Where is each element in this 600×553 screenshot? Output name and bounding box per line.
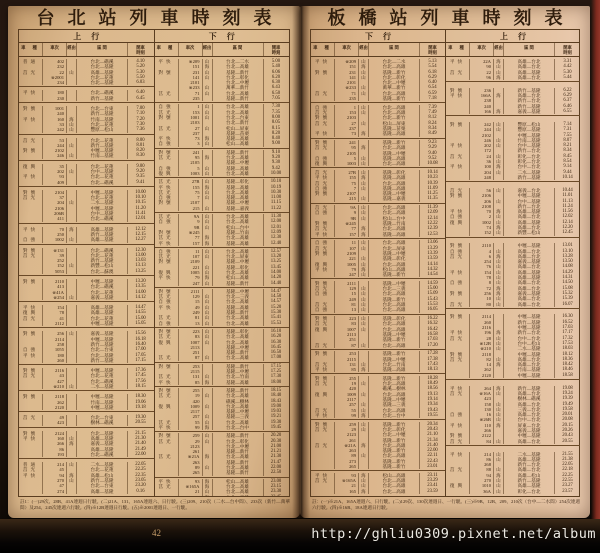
col-header-train-number: 車次 <box>43 43 67 56</box>
train-group: 莒光56山嘉義—台北10.44對號2106中壢—基隆11.01206山台中—基隆… <box>446 187 580 238</box>
cell-via: 山 <box>67 153 77 158</box>
timetable-row: 自強3山松山—高雄9.00 <box>155 141 290 146</box>
timetable-row: 平快99海台北—台中19.45 <box>155 425 290 430</box>
train-group: 平快264海新竹—基隆19.08莒光※16A山高雄—台北19.24423樹林—礁… <box>446 385 580 446</box>
cell-section: 台北—台中 <box>213 425 264 430</box>
cell-departure-time: 9.41 <box>128 180 153 185</box>
direction-heading: 上行 <box>19 30 154 43</box>
cell-via: 山 <box>494 230 504 235</box>
cell-departure-time: 14.54 <box>420 272 445 277</box>
cell-train-number: 235 <box>179 96 203 101</box>
timetable-row: 230新竹—基隆6.45 <box>19 96 154 101</box>
timetable-row: 260新竹—基隆17.15 <box>19 358 154 363</box>
timetable-row: 自強13山台北—高雄16.05 <box>311 307 445 312</box>
col-header-section: 區 間 <box>369 43 420 56</box>
timetable-row: 自強1002山高雄—基隆12.27 <box>19 237 154 242</box>
cell-via <box>67 405 77 410</box>
cell-departure-time: 18.58 <box>555 373 580 378</box>
train-group: 平快180台北—礁溪6.40230新竹—基隆6.45 <box>19 89 154 103</box>
cell-departure-time: 19.18 <box>128 405 153 410</box>
cell-train-number: 260 <box>43 358 67 363</box>
cell-train-type <box>311 196 335 201</box>
cell-train-type <box>19 153 43 158</box>
timetable-body: 平快22A海高雄—台北3.3190山高雄—台北4.42莒光22山高雄—基隆5.3… <box>446 57 580 496</box>
cell-train-number: 235 <box>335 96 359 101</box>
cell-train-type: 自強 <box>155 141 179 146</box>
cell-departure-time: 18.15 <box>128 384 153 389</box>
direction-heading: 下行 <box>155 30 290 43</box>
train-group: 普通402台北—礁溪4.10232台北—基隆5.20莒光22山高雄—基隆5.30… <box>19 58 154 87</box>
train-group: 對號2111基隆—中壢14.47莒光129山台北—三義14.50自強15山台北—… <box>155 288 290 328</box>
cell-train-type <box>155 206 179 211</box>
cell-section: 基隆—嘉義 <box>213 206 264 211</box>
train-group: 自強1山台北—高雄7.39莒光153山台北—高雄7.49對號2103台北—新竹8… <box>311 104 445 139</box>
cell-departure-time: 14.12 <box>128 295 153 300</box>
cell-section: 基隆—嘉義 <box>369 196 420 201</box>
page-title-taipei: 台北站列車時刻表 <box>8 6 300 28</box>
cell-train-type: 平快 <box>311 131 335 136</box>
timetable-row: 166海嘉義—基隆6.55 <box>446 109 580 114</box>
col-header-section: 區 間 <box>77 43 128 56</box>
timetable-row: 215山基隆—嘉義11.22 <box>155 206 290 211</box>
cell-via: 山 <box>494 439 504 444</box>
cell-train-number: 152 <box>470 230 494 235</box>
cell-section: 基隆—新竹 <box>213 281 264 286</box>
cell-train-number: 96 <box>470 75 494 80</box>
train-group: 對號236新竹—基隆6.22平快166A海高雄—台北6.29238新竹—台北6.… <box>446 87 580 116</box>
cell-train-type <box>155 281 179 286</box>
cell-train-type <box>19 452 43 457</box>
cell-train-number: 13 <box>179 321 203 326</box>
cell-departure-time: 7.05 <box>264 96 289 101</box>
cell-departure-time: 14.40 <box>264 281 289 286</box>
cell-section: 台北—礁溪 <box>77 180 128 185</box>
cell-via <box>67 420 77 425</box>
cell-departure-time: 12.01 <box>128 216 153 221</box>
train-group: 對號253基隆—新竹17.282115基隆—中壢17.38莒光131山台北—竹南… <box>311 350 445 374</box>
col-header-section: 區 間 <box>213 43 264 56</box>
cell-via <box>359 464 369 469</box>
train-group: 對號2124台北—基隆21.15平快160山高雄—基隆21.30266海嘉義—基… <box>19 430 154 459</box>
cell-train-type <box>19 405 43 410</box>
timetable-row: 152山新豐—松山12.45 <box>446 230 580 235</box>
train-group: 對號※131台北—礁溪12.30莒光39台北—花蓮13.00252新竹—基隆13… <box>19 247 154 276</box>
cell-train-type: 莒光 <box>446 302 470 307</box>
cell-train-number: ※210 <box>43 384 67 389</box>
cell-section: 台北—台中 <box>369 413 420 418</box>
cell-train-number: 215 <box>335 196 359 201</box>
cell-train-number: 247 <box>179 281 203 286</box>
timetable-row: 96海高雄—台北5.44 <box>446 75 580 80</box>
cell-departure-time: 7.36 <box>128 127 153 132</box>
cell-train-type <box>19 420 43 425</box>
cell-train-type <box>19 96 43 101</box>
page-banqiao-timetable: 板橋站列車時刻表 下行車 種車次經由區 間開車 時刻平快※209山台北—二水5.… <box>300 6 590 518</box>
timetable-taipei: 上行車 種車次經由區 間開車 時刻普通402台北—礁溪4.10232台北—基隆5… <box>18 29 290 497</box>
cell-via: 山 <box>203 141 213 146</box>
page-taipei-timetable: 台北站列車時刻表 上行車 種車次經由區 間開車 時刻普通402台北—礁溪4.10… <box>8 6 300 518</box>
page-title-banqiao: 板橋站列車時刻表 <box>300 6 590 28</box>
cell-via <box>359 96 369 101</box>
timetable-row: 165海台北—高雄23.59 <box>311 489 445 494</box>
cell-train-type <box>19 489 43 494</box>
cell-via <box>67 96 77 101</box>
footnote-taipei: 註1：(一)29次、28B、41A連週日行駛。(二)21A、131、165A連週… <box>20 499 290 510</box>
cell-departure-time: 12.40 <box>264 241 289 246</box>
cell-train-number: 247 <box>335 272 359 277</box>
train-group: 對號223山基隆—彰化16.10莒光83山台北—高雄16.20復興1007山台北… <box>155 328 290 363</box>
timetable-row: 平快99海台北—台中19.55 <box>311 413 445 418</box>
cell-train-type <box>446 109 470 114</box>
timetable-row: 215山基隆—嘉義11.35 <box>311 196 445 201</box>
direction-heading: 上行 <box>446 30 580 43</box>
cell-section: 基隆—新竹 <box>369 272 420 277</box>
train-group: 對號2111基隆—中壢14.59莒光129山台北—三義15.00自強15山台北—… <box>311 280 445 315</box>
cell-section: 高雄—基隆 <box>77 237 128 242</box>
timetable-body: 平快※209山台北—二水5.00151海台北—高雄5.40對號231山基隆—新竹… <box>155 57 290 496</box>
cell-train-number: 246 <box>43 153 67 158</box>
cell-train-number: 265 <box>335 464 359 469</box>
cell-train-type: 復興 <box>311 161 335 166</box>
cell-departure-time: 19.45 <box>264 425 289 430</box>
cell-section: 基隆—高雄 <box>369 232 420 237</box>
col-header-train-number: 車次 <box>335 43 359 56</box>
timetable-row: 復興1003山台北—高雄10.08 <box>311 161 445 166</box>
cell-train-type: 平快 <box>155 241 179 246</box>
cell-train-type: 平快 <box>311 413 335 418</box>
timetable-row: 247山基隆—新竹14.54 <box>311 272 445 277</box>
cell-departure-time: 23.45 <box>264 495 289 496</box>
timetable-row: 235基隆—新竹7.05 <box>155 96 290 101</box>
timetable-row: ※254山嘉義—基隆14.12 <box>19 295 154 300</box>
cell-via: 山 <box>359 343 369 348</box>
cell-departure-time: 18.00 <box>264 380 289 385</box>
train-group: 平快214山二水—基隆21.5586山高雄—基隆21.38268新竹—台北22.… <box>446 451 580 495</box>
cell-train-number: 157 <box>335 232 359 237</box>
timetable-row: 165海台北—高雄23.45 <box>155 495 290 496</box>
cell-section: 基隆—新竹 <box>213 96 264 101</box>
train-group: 對號2110中壢—基隆13.20413台北—礁溪13.35※41A台北—花蓮14… <box>19 278 154 302</box>
cell-train-number: 2120 <box>43 405 67 410</box>
train-group: 對號2104中壢—基隆10.00莒光37台北—花蓮10.10204山二水—基隆1… <box>19 189 154 224</box>
train-group: 自強11山台北—高雄12.57莒光107山台北—屏東13.20對號2109基隆—… <box>155 248 290 288</box>
cell-train-number: 84 <box>470 439 494 444</box>
direction-heading: 下行 <box>311 30 445 43</box>
column-header-row: 車 種車次經由區 間開車 時刻 <box>19 43 154 57</box>
cell-via: 山 <box>67 384 77 389</box>
cell-section: 台北—高雄 <box>369 343 420 348</box>
cell-train-number: 36A <box>470 489 494 494</box>
cell-departure-time: 10.08 <box>420 161 445 166</box>
cell-departure-time: 18.13 <box>420 367 445 372</box>
cell-section: 新竹—基隆 <box>77 96 128 101</box>
cell-departure-time: 8.30 <box>128 153 153 158</box>
timetable-row: 265基隆—新竹22.50 <box>155 470 290 475</box>
col-header-departure-time: 開車 時刻 <box>264 43 289 56</box>
timetable-direction-block: 下行車 種車次經由區 間開車 時刻平快※209山台北—二水5.00151海台北—… <box>155 30 290 496</box>
timetable-row: ※210山二水—基隆18.15 <box>19 384 154 389</box>
footnote-banqiao: 註：(一)※21A、165A連週六、日行駛。(二)129次、130次連週日、一行… <box>312 499 580 510</box>
train-group: 莒光53台北—花蓮8.00244山新竹—基隆8.01對號2102中壢—基隆8.2… <box>19 137 154 161</box>
cell-train-number: 87 <box>335 343 359 348</box>
cell-via: 山 <box>67 127 77 132</box>
cell-train-type <box>19 358 43 363</box>
cell-section: 台北—高雄 <box>369 161 420 166</box>
cell-section: 彰化—台北 <box>504 489 555 494</box>
train-group: 對號241基隆—新竹9.23莒光95海台北—高雄9.292105基隆—中壢9.4… <box>311 139 445 168</box>
train-group: 自強1山台北—高雄7.30莒光153山台北—高雄7.35對號1001山台北—台東… <box>155 103 290 148</box>
cell-section: 台北—高雄 <box>369 489 420 494</box>
cell-section: 二水—基隆 <box>77 384 128 389</box>
cell-train-number: 265 <box>179 470 203 475</box>
cell-section: 基隆—高雄 <box>369 367 420 372</box>
cell-via <box>494 175 504 180</box>
col-header-section: 區 間 <box>504 43 555 56</box>
train-group: 對號255基隆—新竹18.15莒光19山台北—高雄18.40420礁溪—樹林18… <box>155 387 290 432</box>
cell-via: 山 <box>203 355 213 360</box>
cell-via: 山 <box>67 295 77 300</box>
train-group: 平快93海松山—高雄23.00莒光※165A海台北—高雄23.1521山台北—高… <box>155 478 290 496</box>
cell-train-type <box>446 373 470 378</box>
cell-section: 基隆—高雄 <box>369 131 420 136</box>
cell-train-type: 莒光 <box>311 343 335 348</box>
cell-via: 海 <box>359 232 369 237</box>
cell-section: 高雄—台北 <box>504 75 555 80</box>
cell-train-number: 85 <box>179 380 203 385</box>
cell-departure-time: 16.07 <box>555 302 580 307</box>
cell-via: 山 <box>359 196 369 201</box>
col-header-via: 經由 <box>359 43 369 56</box>
train-group: 平快22A海高雄—台北3.3190山高雄—台北4.42莒光22山高雄—基隆5.3… <box>446 58 580 82</box>
cell-train-type: 莒光 <box>446 439 470 444</box>
cell-train-number: 215 <box>179 206 203 211</box>
cell-train-type <box>19 127 43 132</box>
cell-train-type: 平快 <box>311 232 335 237</box>
timetable-row: 莒光80山高雄—台北16.07 <box>446 302 580 307</box>
cell-section: 台北—礁溪 <box>77 452 128 457</box>
cell-departure-time: 22.50 <box>264 470 289 475</box>
timetable-row: 自強13山台北—高雄15.53 <box>155 321 290 326</box>
cell-train-type <box>446 75 470 80</box>
cell-train-type <box>311 272 335 277</box>
col-header-departure-time: 開車 時刻 <box>420 43 445 56</box>
scan-bottom-strip: 42 http://ghliu0309.pixnet.net/album <box>0 519 600 553</box>
col-header-train-type: 車 種 <box>311 43 335 56</box>
timetable-row: 193台北—礁溪22.00 <box>19 452 154 457</box>
col-header-departure-time: 開車 時刻 <box>128 43 153 56</box>
train-group: 對號256山嘉義—基隆15.562114中壢—基隆16.18258新竹—基隆16… <box>19 330 154 365</box>
cell-train-type: 平快 <box>155 425 179 430</box>
cell-departure-time: 20.55 <box>128 420 153 425</box>
cell-section: 高雄—基隆 <box>77 489 128 494</box>
train-group: 平快※209山台北—二水5.00151海台北—高雄5.40對號231山基隆—新竹… <box>155 58 290 103</box>
cell-departure-time: 6.45 <box>128 96 153 101</box>
timetable-row: 411台北—礁溪12.01 <box>19 216 154 221</box>
train-group: 復興35台北—花蓮9.00202山台中—基隆9.20平快93台北—花蓮9.354… <box>19 163 154 187</box>
cell-departure-time: 6.55 <box>555 109 580 114</box>
cell-via: 山 <box>359 161 369 166</box>
col-header-train-type: 車 種 <box>155 43 179 56</box>
timetable-direction-block: 下行車 種車次經由區 間開車 時刻平快※209山台北—二水5.13151海台北—… <box>311 30 446 496</box>
cell-train-number: 165 <box>179 495 203 496</box>
cell-train-type: 平快 <box>311 367 335 372</box>
col-header-departure-time: 開車 時刻 <box>555 43 580 56</box>
cell-train-type <box>446 175 470 180</box>
cell-via: 山 <box>203 281 213 286</box>
cell-train-type: 自強 <box>311 307 335 312</box>
cell-train-number: 411 <box>43 216 67 221</box>
cell-via: 山 <box>67 237 77 242</box>
cell-train-type <box>19 295 43 300</box>
cell-train-number: 73 <box>335 131 359 136</box>
train-group: 對號2110中壢—基隆13.01自強4山高雄—台北13.10莒光6海高雄—台北1… <box>446 242 580 309</box>
cell-departure-time: 23.59 <box>420 489 445 494</box>
train-group: 對號223山基隆—彰化16.22莒光83山台北—高雄16.32復興1007山台北… <box>311 315 445 350</box>
timetable-row: 平快85海基隆—高雄18.00 <box>155 380 290 385</box>
timetable-row: 409台北—礁溪9.41 <box>19 180 154 185</box>
cell-train-number: 242 <box>43 127 67 132</box>
cell-section: 嘉義—基隆 <box>504 109 555 114</box>
cell-departure-time: 10.00 <box>264 171 289 176</box>
cell-departure-time: 9.00 <box>264 141 289 146</box>
cell-departure-time: 6.03 <box>128 80 153 85</box>
cell-departure-time: 20.55 <box>555 439 580 444</box>
cell-train-type: 自強 <box>155 321 179 326</box>
cell-train-number: 2120 <box>470 373 494 378</box>
timetable-direction-block: 上行車 種車次經由區 間開車 時刻普通402台北—礁溪4.10232台北—基隆5… <box>19 30 155 496</box>
cell-train-number: 409 <box>43 180 67 185</box>
cell-train-number: 234 <box>43 80 67 85</box>
cell-departure-time: 8.49 <box>420 131 445 136</box>
cell-via: 山 <box>203 206 213 211</box>
cell-via: 海 <box>494 109 504 114</box>
train-group: 對號2114中壢—基隆16.30260新竹—基隆16.522116中壢—基隆17… <box>446 313 580 380</box>
train-group: 平快70海高雄—基隆12.12250新竹—基隆12.15自強1002山高雄—基隆… <box>19 226 154 245</box>
timetable-body: 普通402台北—礁溪4.10232台北—基隆5.20莒光22山高雄—基隆5.30… <box>19 57 154 496</box>
cell-section: 松山—高雄 <box>213 141 264 146</box>
cell-train-type <box>19 216 43 221</box>
cell-via: 海 <box>359 367 369 372</box>
cell-departure-time: 10.14 <box>555 175 580 180</box>
page-number: 42 <box>152 528 161 538</box>
cell-departure-time: 11.22 <box>264 206 289 211</box>
cell-train-type <box>311 464 335 469</box>
cell-via: 山 <box>359 272 369 277</box>
timetable-row: 平快85海基隆—高雄18.13 <box>311 367 445 372</box>
cell-departure-time: 23.01 <box>420 464 445 469</box>
cell-departure-time: 23.57 <box>555 489 580 494</box>
timetable-row: 36A山彰化—台北23.57 <box>446 489 580 494</box>
cell-departure-time: 11.35 <box>420 196 445 201</box>
cell-via <box>203 470 213 475</box>
cell-train-number: 87 <box>179 355 203 360</box>
cell-departure-time: 15.05 <box>128 321 153 326</box>
cell-section: 樹林—礁溪 <box>77 420 128 425</box>
cell-train-number: 2112 <box>43 321 67 326</box>
cell-departure-time: 17.15 <box>128 358 153 363</box>
timetable-row: 5053台北—蘇澳13.25 <box>19 269 154 274</box>
cell-via: 山 <box>203 321 213 326</box>
cell-section: 台北—基隆 <box>77 80 128 85</box>
cell-via: 海 <box>359 489 369 494</box>
timetable-row: 247山基隆—新竹14.40 <box>155 281 290 286</box>
cell-via <box>494 373 504 378</box>
cell-train-number: 193 <box>43 452 67 457</box>
timetable-body: 平快※209山台北—二水5.13151海台北—高雄5.54對號231山基隆—新竹… <box>311 57 445 496</box>
cell-section: 台北—蘇澳 <box>77 269 128 274</box>
cell-train-number: 166 <box>470 109 494 114</box>
timetable-row: 平快157海基隆—高雄12.53 <box>311 232 445 237</box>
cell-via: 海 <box>203 425 213 430</box>
timetable-banqiao: 下行車 種車次經由區 間開車 時刻平快※209山台北—二水5.13151海台北—… <box>310 29 580 497</box>
cell-train-number: 85 <box>335 367 359 372</box>
cell-departure-time: 19.55 <box>420 413 445 418</box>
train-group: 對號2118中壢—基隆18.30262竹南—基隆19.062120中壢—基隆19… <box>19 393 154 412</box>
timetable-row: 莒光87山台北—高雄17.08 <box>155 355 290 360</box>
timetable-row: 復興1003山台北—高雄10.00 <box>155 171 290 176</box>
col-header-train-type: 車 種 <box>19 43 43 56</box>
book-cover-edge <box>591 0 600 547</box>
column-header-row: 車 種車次經由區 間開車 時刻 <box>446 43 580 57</box>
cell-via <box>67 269 77 274</box>
cell-train-type <box>19 180 43 185</box>
cell-departure-time: 5.44 <box>555 75 580 80</box>
train-group: 對號259山基隆—新竹20.34莒光29山台北—彰化20.432123台北—中壢… <box>311 421 445 472</box>
cell-train-number: 1003 <box>179 171 203 176</box>
timetable-row: 242山豐原—松山7.36 <box>19 127 154 132</box>
cell-train-type <box>155 470 179 475</box>
cell-train-type <box>155 495 179 496</box>
cell-via <box>67 489 77 494</box>
cell-departure-time: 12.45 <box>555 230 580 235</box>
cell-train-type: 復興 <box>155 171 179 176</box>
cell-departure-time: 7.18 <box>420 96 445 101</box>
cell-train-number: 165 <box>335 489 359 494</box>
timetable-row: 2120中壢—基隆18.58 <box>446 373 580 378</box>
cell-section: 高雄—台北 <box>504 439 555 444</box>
cell-via <box>203 96 213 101</box>
timetable-row: 423樹林—礁溪20.55 <box>19 420 154 425</box>
timetable-row: 265基隆—新竹23.01 <box>311 464 445 469</box>
train-group: 對號259山基隆—新竹20.20莒光29山台北—彰化20.302123台北—中壢… <box>155 432 290 477</box>
cell-section: 中壢—基隆 <box>77 321 128 326</box>
cell-train-type: 莒光 <box>155 355 179 360</box>
cell-via <box>67 358 77 363</box>
train-group: 對號253基隆—新竹17.152115基隆—中壢17.25莒光131山台北—竹南… <box>155 363 290 387</box>
col-header-via: 經由 <box>203 43 213 56</box>
cell-via: 海 <box>203 380 213 385</box>
cell-section: 台北—礁溪 <box>77 216 128 221</box>
col-header-via: 經由 <box>494 43 504 56</box>
train-group: 平快93海松山—高雄23.11莒光※165A山台北—高雄23.2921山台北—高… <box>311 472 445 495</box>
cell-train-type <box>19 321 43 326</box>
cell-departure-time: 15.53 <box>264 321 289 326</box>
train-group: 平快154高雄—基隆14.47復興78高雄—基隆14.55莒光41台北—花蓮15… <box>19 304 154 328</box>
cell-via: 海 <box>359 131 369 136</box>
cell-via: 海 <box>203 495 213 496</box>
cell-section: 中壢—基隆 <box>504 373 555 378</box>
column-header-row: 車 種車次經由區 間開車 時刻 <box>155 43 290 57</box>
cell-train-number: 274 <box>43 489 67 494</box>
cell-section: 基隆—高雄 <box>213 380 264 385</box>
cell-via: 山 <box>494 489 504 494</box>
cell-departure-time: 0.16 <box>128 489 153 494</box>
cell-section: 基隆—新竹 <box>213 470 264 475</box>
train-group: 普通214山二水—基隆22.05莒光45台北—花蓮22.25平快94海高雄—松山… <box>19 461 154 495</box>
train-group: 對號2116中壢—基隆17.36莒光43台北—花蓮17.45427台北—礁溪17… <box>19 367 154 391</box>
cell-departure-time: 16.05 <box>420 307 445 312</box>
cell-via: 山 <box>203 171 213 176</box>
